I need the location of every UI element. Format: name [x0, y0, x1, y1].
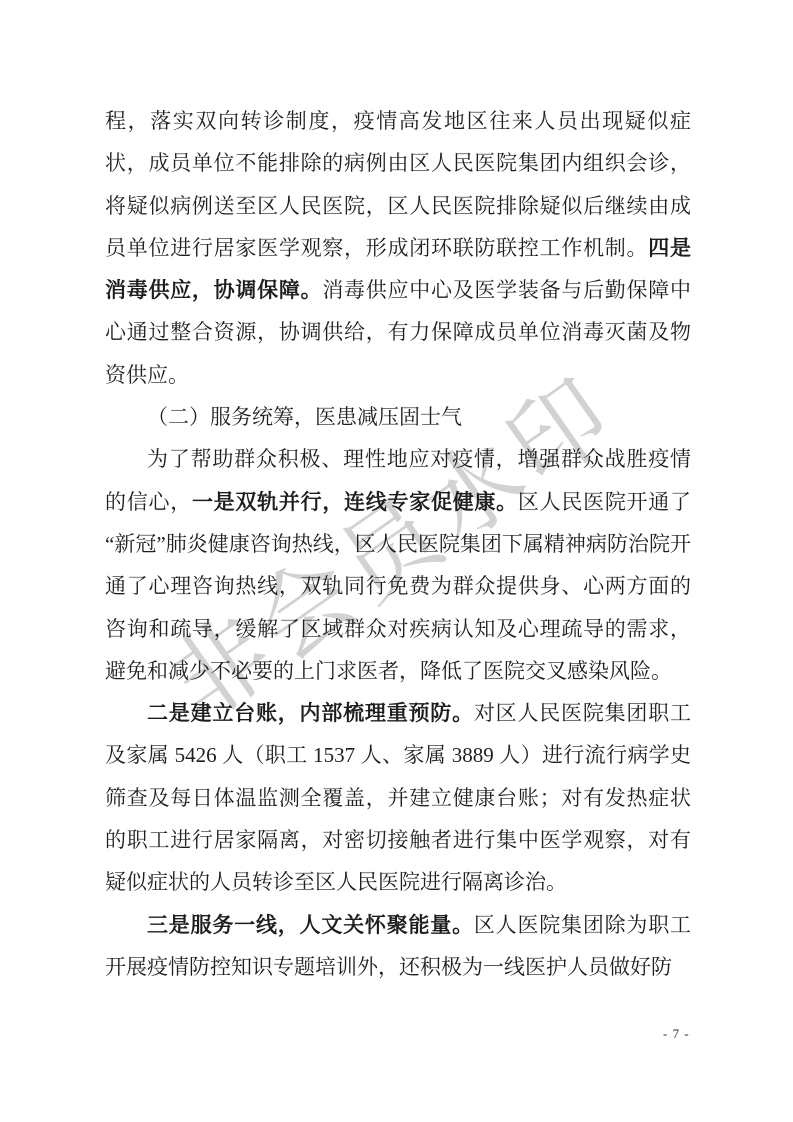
section-heading-2: （二）服务统筹，医患减压固士气 [105, 396, 691, 438]
bold-text-run: 一是双轨并行，连线专家促健康。 [192, 490, 518, 514]
text-run: 区人民医院开通了“新冠”肺炎健康咨询热线，区人民医院集团下属精神病防治院开通了心… [105, 490, 691, 683]
document-page: 非会员水印 程，落实双向转诊制度，疫情高发地区往来人员出现疑似症状，成员单位不能… [0, 0, 793, 1122]
bold-text-run: 三是服务一线，人文关怀聚能量。 [147, 913, 474, 937]
page-number: - 7 - [663, 1026, 690, 1042]
paragraph-frontline-care: 三是服务一线，人文关怀聚能量。区人医院集团除为职工开展疫情防控知识专题培训外，还… [105, 904, 691, 989]
paragraph-continuation-disinfection: 程，落实双向转诊制度，疫情高发地区往来人员出现疑似症状，成员单位不能排除的病例由… [105, 100, 691, 396]
paragraph-dual-track-hotline: 为了帮助群众积极、理性地应对疫情，增强群众战胜疫情的信心，一是双轨并行，连线专家… [105, 438, 691, 692]
text-run: （二）服务统筹，医患减压固士气 [147, 405, 462, 429]
text-run: 程，落实双向转诊制度，疫情高发地区往来人员出现疑似症状，成员单位不能排除的病例由… [105, 109, 691, 260]
text-run: 对区人民医院集团职工及家属 5426 人（职工 1537 人、家属 3889 人… [105, 701, 691, 894]
document-body: 程，落实双向转诊制度，疫情高发地区往来人员出现疑似症状，成员单位不能排除的病例由… [105, 100, 691, 988]
paragraph-ledger-prevention: 二是建立台账，内部梳理重预防。对区人民医院集团职工及家属 5426 人（职工 1… [105, 692, 691, 903]
bold-text-run: 二是建立台账，内部梳理重预防。 [147, 701, 474, 725]
